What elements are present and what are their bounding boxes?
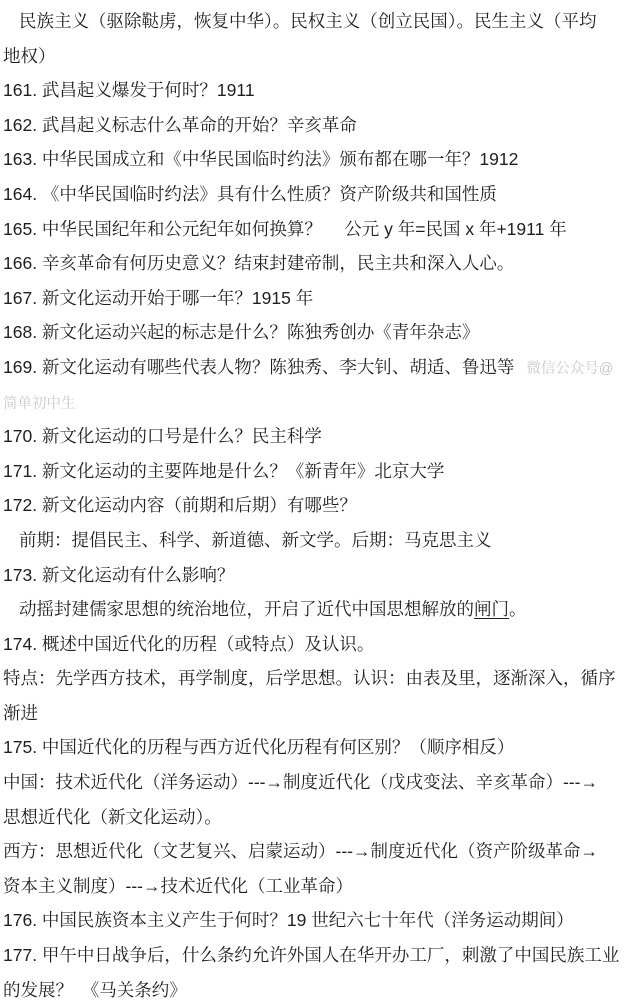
qa-176: 176. 中国民族资本主义产生于何时？19 世纪六七十年代（洋务运动期间） — [3, 903, 628, 938]
intro-line-2: 地权） — [3, 39, 628, 74]
answer-173: 动摇封建儒家思想的统治地位，开启了近代中国思想解放的闸门。 — [3, 592, 628, 627]
watermark-text-part2: 简单初中生 — [3, 396, 76, 412]
qa-169-text: 169. 新文化运动有哪些代表人物？陈独秀、李大钊、胡适、鲁迅等 — [3, 357, 514, 377]
qa-169: 169. 新文化运动有哪些代表人物？陈独秀、李大钊、胡适、鲁迅等微信公众号@ — [3, 350, 628, 385]
answer-175-west-line-2: 资本主义制度）---→技术近代化（工业革命） — [3, 869, 628, 904]
answer-173-after: 。 — [509, 599, 527, 619]
qa-161: 161. 武昌起义爆发于何时？1911 — [3, 73, 628, 108]
qa-175: 175. 中国近代化的历程与西方近代化历程有何区别？（顺序相反） — [3, 730, 628, 765]
answer-173-underlined-term: 闸门 — [474, 599, 509, 619]
qa-177-continued: 的发展？ 《马关条约》 — [3, 973, 628, 1000]
answer-174-line-1: 特点：先学西方技术，再学制度，后学思想。认识：由表及里，逐渐深入，循序 — [3, 661, 628, 696]
watermark-text-part1: 微信公众号@ — [526, 361, 613, 377]
qa-173: 173. 新文化运动有什么影响？ — [3, 558, 628, 593]
answer-175-china-line-2: 思想近代化（新文化运动）。 — [3, 800, 628, 835]
document-page: 民族主义（驱除鞑虏，恢复中华）。民权主义（创立民国）。民生主义（平均 地权） 1… — [0, 0, 632, 1000]
qa-172: 172. 新文化运动内容（前期和后期）有哪些？ — [3, 488, 628, 523]
qa-168: 168. 新文化运动兴起的标志是什么？陈独秀创办《青年杂志》 — [3, 315, 628, 350]
answer-172: 前期：提倡民主、科学、新道德、新文学。后期：马克思主义 — [3, 523, 628, 558]
qa-166: 166. 辛亥革命有何历史意义？结束封建帝制，民主共和深入人心。 — [3, 246, 628, 281]
watermark-line: 简单初中生 — [3, 385, 628, 420]
qa-162: 162. 武昌起义标志什么革命的开始？辛亥革命 — [3, 108, 628, 143]
qa-174: 174. 概述中国近代化的历程（或特点）及认识。 — [3, 627, 628, 662]
qa-171: 171. 新文化运动的主要阵地是什么？《新青年》北京大学 — [3, 454, 628, 489]
qa-163: 163. 中华民国成立和《中华民国临时约法》颁布都在哪一年？1912 — [3, 142, 628, 177]
qa-170: 170. 新文化运动的口号是什么？民主科学 — [3, 419, 628, 454]
qa-165: 165. 中华民国纪年和公元纪年如何换算？ 公元 y 年=民国 x 年+1911… — [3, 212, 628, 247]
intro-line-1: 民族主义（驱除鞑虏，恢复中华）。民权主义（创立民国）。民生主义（平均 — [3, 4, 628, 39]
answer-173-before: 动摇封建儒家思想的统治地位，开启了近代中国思想解放的 — [19, 599, 474, 619]
answer-175-china-line-1: 中国：技术近代化（洋务运动）---→制度近代化（戊戌变法、辛亥革命）---→ — [3, 765, 628, 800]
answer-174-line-2: 渐进 — [3, 696, 628, 731]
answer-175-west-line-1: 西方：思想近代化（文艺复兴、启蒙运动）---→制度近代化（资产阶级革命→ — [3, 834, 628, 869]
qa-177: 177. 甲午中日战争后，什么条约允许外国人在华开办工厂，刺激了中国民族工业 — [3, 938, 628, 973]
qa-167: 167. 新文化运动开始于哪一年？1915 年 — [3, 281, 628, 316]
qa-164: 164. 《中华民国临时约法》具有什么性质？资产阶级共和国性质 — [3, 177, 628, 212]
